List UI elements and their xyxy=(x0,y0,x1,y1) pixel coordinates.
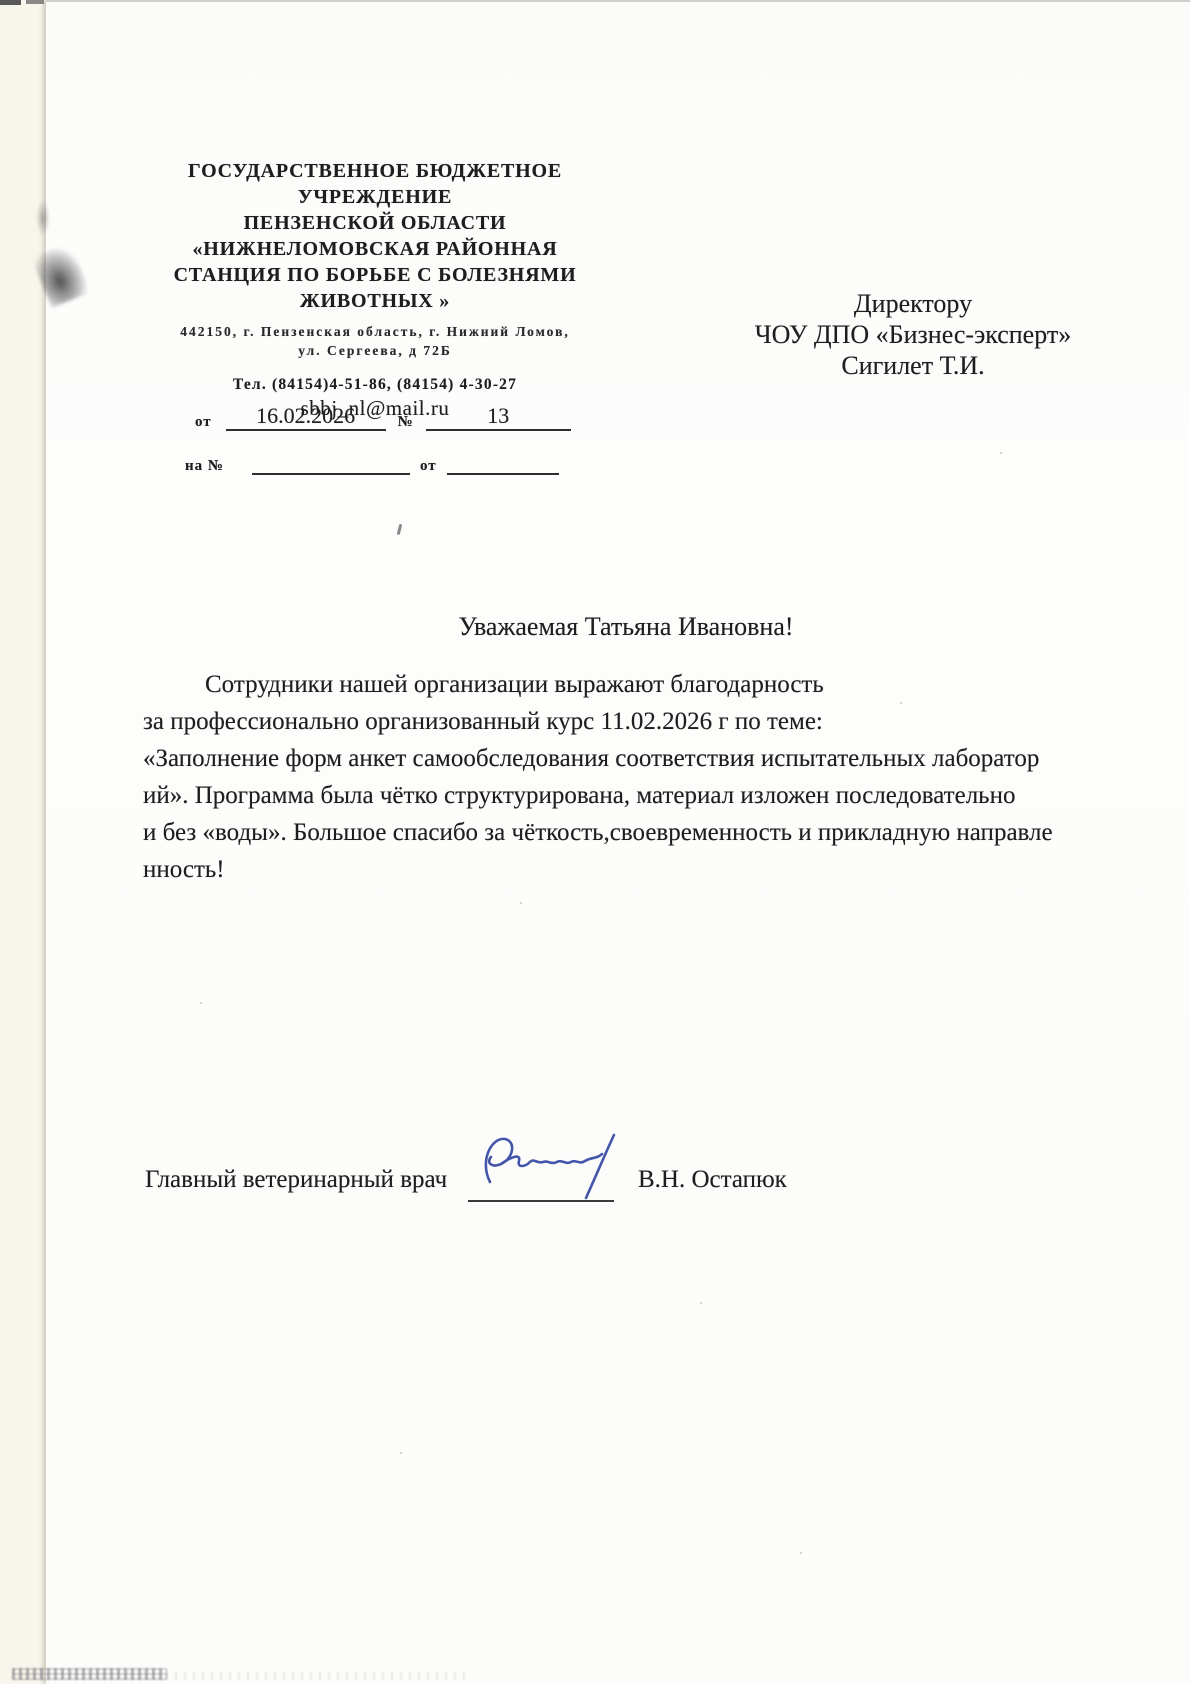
scan-noise xyxy=(12,1668,167,1680)
stray-mark xyxy=(397,524,403,535)
reply-number-blank xyxy=(252,448,410,475)
paper-speck xyxy=(700,1302,702,1304)
scan-corner-mark xyxy=(26,0,44,4)
addressee-line: ЧОУ ДПО «Бизнес-эксперт» xyxy=(740,319,1086,350)
outgoing-ref-row: от16.02.2026№13 xyxy=(195,404,571,431)
body-line: «Заполнение форм анкет самообследования … xyxy=(143,740,1133,777)
paper-speck xyxy=(800,1552,802,1554)
org-name-line: ЖИВОТНЫХ » xyxy=(165,288,585,314)
org-name-line: ПЕНЗЕНСКОЙ ОБЛАСТИ xyxy=(165,210,585,236)
letterhead-address-line: 442150, г. Пензенская область, г. Нижний… xyxy=(165,322,585,341)
body-line: за профессионально организованный курс 1… xyxy=(143,703,1133,740)
paper-speck xyxy=(200,1002,202,1004)
outgoing-number-label: № xyxy=(398,414,414,430)
outgoing-number-value: 13 xyxy=(426,404,571,431)
handwritten-signature xyxy=(474,1128,644,1206)
ink-smudge xyxy=(36,200,50,236)
addressee-line: Директору xyxy=(740,288,1086,319)
reply-ref-row: на №от xyxy=(185,448,559,475)
org-name-line: «НИЖНЕЛОМОВСКАЯ РАЙОННАЯ xyxy=(165,236,585,262)
body-line: нность! xyxy=(143,851,1133,888)
scanner-background-strip xyxy=(0,0,46,1684)
scanned-letter: ГОСУДАРСТВЕННОЕ БЮДЖЕТНОЕ УЧРЕЖДЕНИЕ ПЕН… xyxy=(0,0,1190,1684)
salutation: Уважаемая Татьяна Ивановна! xyxy=(326,612,926,642)
org-name-line: ГОСУДАРСТВЕННОЕ БЮДЖЕТНОЕ xyxy=(165,158,585,184)
scan-corner-mark xyxy=(0,0,21,5)
paper-speck xyxy=(400,1452,402,1454)
body-line: ий». Программа была чётко структурирован… xyxy=(143,777,1133,814)
scan-top-edge xyxy=(46,0,1190,2)
org-name-line: УЧРЕЖДЕНИЕ xyxy=(165,184,585,210)
signatory-name: В.Н. Остапюк xyxy=(638,1166,787,1194)
paper-speck xyxy=(520,902,522,904)
letter-page: ГОСУДАРСТВЕННОЕ БЮДЖЕТНОЕ УЧРЕЖДЕНИЕ ПЕН… xyxy=(46,0,1190,1684)
paper-speck xyxy=(1000,452,1002,454)
body-line: Сотрудники нашей организации выражают бл… xyxy=(143,666,1133,703)
reply-date-blank xyxy=(447,448,559,475)
letterhead-address-line: ул. Сергеева, д 72Б xyxy=(165,341,585,360)
reply-date-label: от xyxy=(420,458,437,474)
scan-noise xyxy=(166,1672,466,1680)
outgoing-date-label: от xyxy=(195,414,212,430)
addressee-line: Сигилет Т.И. xyxy=(740,350,1086,381)
signatory-role: Главный ветеринарный врач xyxy=(145,1166,447,1194)
outgoing-date-value: 16.02.2026 xyxy=(226,404,386,431)
letter-body: Сотрудники нашей организации выражают бл… xyxy=(143,666,1133,888)
body-line: и без «воды». Большое спасибо за чёткост… xyxy=(143,814,1133,851)
letterhead: ГОСУДАРСТВЕННОЕ БЮДЖЕТНОЕ УЧРЕЖДЕНИЕ ПЕН… xyxy=(165,158,585,421)
org-name-line: СТАНЦИЯ ПО БОРЬБЕ С БОЛЕЗНЯМИ xyxy=(165,262,585,288)
letterhead-phone: Тел. (84154)4-51-86, (84154) 4-30-27 xyxy=(165,376,585,394)
addressee-block: Директору ЧОУ ДПО «Бизнес-эксперт» Сигил… xyxy=(740,288,1086,381)
reply-number-label: на № xyxy=(185,458,224,474)
